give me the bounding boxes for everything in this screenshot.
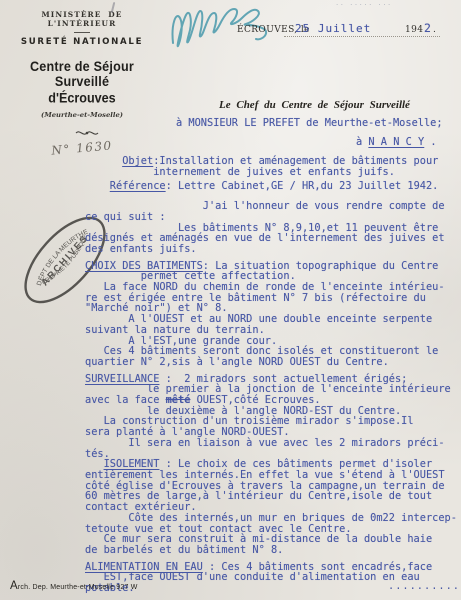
end-dots: .......... <box>388 580 460 592</box>
body-text: : Lettre Cabinet,GE / HR,du 23 Juillet 1… <box>166 180 439 192</box>
body-line: quartier N° 2,sis à l'angle NORD OUEST d… <box>85 357 457 368</box>
city-name: N A N C Y <box>368 136 424 148</box>
body-line: internement de juives et enfants juifs. <box>85 167 457 178</box>
letterhead-divider <box>74 32 90 33</box>
body-text: de barbelés et du bâtiment N° 8. <box>85 544 283 556</box>
letterhead-center-name-2: d'Écrouves <box>6 90 158 105</box>
letterhead: MINISTÈRE DE L'INTÉRIEUR SURETÉ NATIONAL… <box>6 10 158 155</box>
body-text: Il sera en liaison à vue avec les 2 mira… <box>128 437 444 449</box>
body-text: EST,face OUEST d'une conduite d'alimenta… <box>104 571 420 583</box>
recipient-city: à N A N C Y . <box>356 136 437 148</box>
letter-body: Objet:Installation et aménagement de bât… <box>85 156 457 594</box>
body-text: internement de juives et enfants juifs. <box>153 166 395 178</box>
body-text: quartier N° 2,sis à l'angle NORD OUEST d… <box>85 356 389 368</box>
body-line: des enfants juifs. <box>85 244 457 255</box>
body-line: de barbelés et du bâtiment N° 8. <box>85 545 457 556</box>
pencil-dots: ·· ····· ··· <box>336 1 393 9</box>
sender-title: Le Chef du Centre de Séjour Surveillé <box>219 99 410 111</box>
archive-reference: Arch. Dep. Meurthe-et-Moselle 927 W <box>10 580 138 592</box>
dateline-printed-year: 194 <box>405 25 423 35</box>
archive-reference-text: rch. Dep. Meurthe-et-Moselle 927 W <box>18 584 138 591</box>
letterhead-agency: SURETÉ NATIONALE <box>6 37 158 47</box>
letterhead-ornament-icon <box>74 128 100 138</box>
archive-reference-initial: A <box>10 580 18 592</box>
recipient-line: à MONSIEUR LE PREFET de Meurthe-et-Mosel… <box>176 117 443 129</box>
letterhead-department: (Meurthe-et-Moselle) <box>6 111 158 119</box>
letterhead-center-name: Centre de Séjour Surveillé <box>6 59 158 89</box>
document-page: MINISTÈRE DE L'INTÉRIEUR SURETÉ NATIONAL… <box>0 0 461 600</box>
body-line: Il sera en liaison à vue avec les 2 mira… <box>85 438 457 449</box>
body-line: Référence: Lettre Cabinet,GE / HR,du 23 … <box>85 181 457 192</box>
body-text: des enfants juifs. <box>85 243 197 255</box>
underlined-heading: Référence <box>110 180 166 192</box>
dateline-typed-date: 25 Juillet <box>295 22 371 35</box>
letterhead-ministry: MINISTÈRE DE L'INTÉRIEUR <box>6 10 158 28</box>
city-period: . <box>424 136 436 148</box>
dateline-typed-year-digit: 2 <box>424 21 431 35</box>
city-prefix: à <box>356 136 368 148</box>
dateline-period: . <box>433 25 436 35</box>
body-text: J'ai l'honneur de vous rendre compte de <box>203 200 445 212</box>
underlined-heading: Objet <box>122 155 153 167</box>
body-text: ce qui suit : <box>85 211 166 223</box>
